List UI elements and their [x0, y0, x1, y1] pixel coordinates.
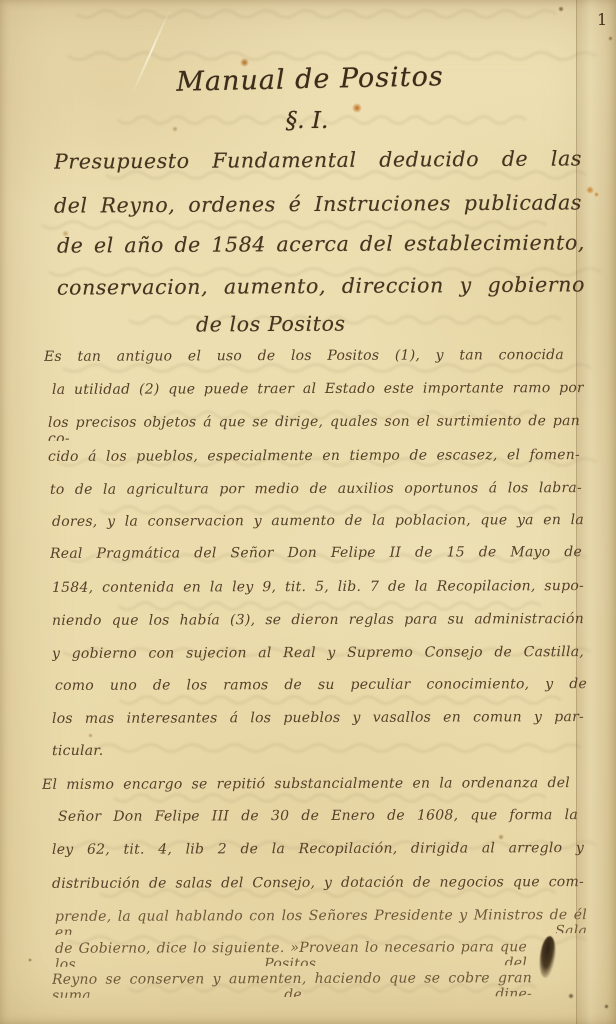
manuscript-line: Señor Don Felipe III de 30 de Enero de 1… — [58, 807, 578, 835]
manuscript-line: Reyno se conserven y aumenten, haciendo … — [52, 970, 532, 998]
manuscript-line: de Gobierno, dice lo siguiente. »Provean… — [55, 939, 527, 967]
heading-line: de el año de 1584 acerca del establecimi… — [57, 230, 585, 259]
manuscript-line: los precisos objetos á que se dirige, qu… — [48, 413, 580, 441]
foxing-spot — [608, 36, 613, 41]
foxing-spot — [172, 126, 178, 132]
heading-line: Presupuesto Fundamental deducido de las … — [54, 146, 582, 175]
manuscript-line: niendo que los había (3), se dieron regl… — [52, 611, 584, 639]
foxing-spot — [568, 993, 574, 999]
manuscript-line: Real Pragmática del Señor Don Felipe II … — [50, 544, 582, 572]
manuscript-line: y gobierno con sujecion al Real y Suprem… — [52, 644, 584, 672]
manuscript-line: la utilidad (2) que puede traer al Estad… — [52, 380, 584, 408]
manuscript-line: dores, y la conservacion y aumento de la… — [52, 512, 584, 540]
section-heading: §. I. — [252, 108, 362, 134]
manuscript-line: ticular. — [52, 743, 103, 759]
foxing-spot — [586, 186, 594, 194]
heading-line: del Reyno, ordenes é Instruciones public… — [54, 190, 582, 219]
manuscript-line: to de la agricultura por medio de auxili… — [50, 480, 582, 508]
heading-line: de los Positos — [196, 312, 346, 337]
foxing-spot — [594, 192, 599, 197]
heading-line: conservacion, aumento, direccion y gobie… — [57, 272, 585, 301]
page-number: 1 — [597, 10, 608, 29]
foxing-spot — [28, 958, 32, 962]
manuscript-page: 1 Manual de Positos §. I. Presupuesto Fu… — [0, 0, 616, 1024]
manuscript-line: prende, la qual hablando con los Señores… — [55, 907, 587, 935]
manuscript-line: los mas interesantes á los pueblos y vas… — [52, 709, 584, 737]
foxing-spot — [604, 1004, 609, 1009]
manuscript-line: 1584, contenida en la ley 9, tit. 5, lib… — [52, 578, 584, 606]
foxing-spot — [558, 6, 564, 12]
manuscript-line: Es tan antiguo el uso de los Positos (1)… — [44, 347, 564, 375]
foxing-spot — [498, 834, 504, 840]
manuscript-line: distribución de salas del Consejo, y dot… — [52, 874, 584, 902]
manuscript-line: ley 62, tit. 4, lib 2 de la Recopilación… — [52, 840, 584, 868]
manuscript-line: cido á los pueblos, especialmente en tie… — [48, 447, 580, 475]
manuscript-line: como uno de los ramos de su peculiar con… — [55, 676, 587, 704]
manuscript-line: El mismo encargo se repitió substancialm… — [42, 775, 570, 803]
